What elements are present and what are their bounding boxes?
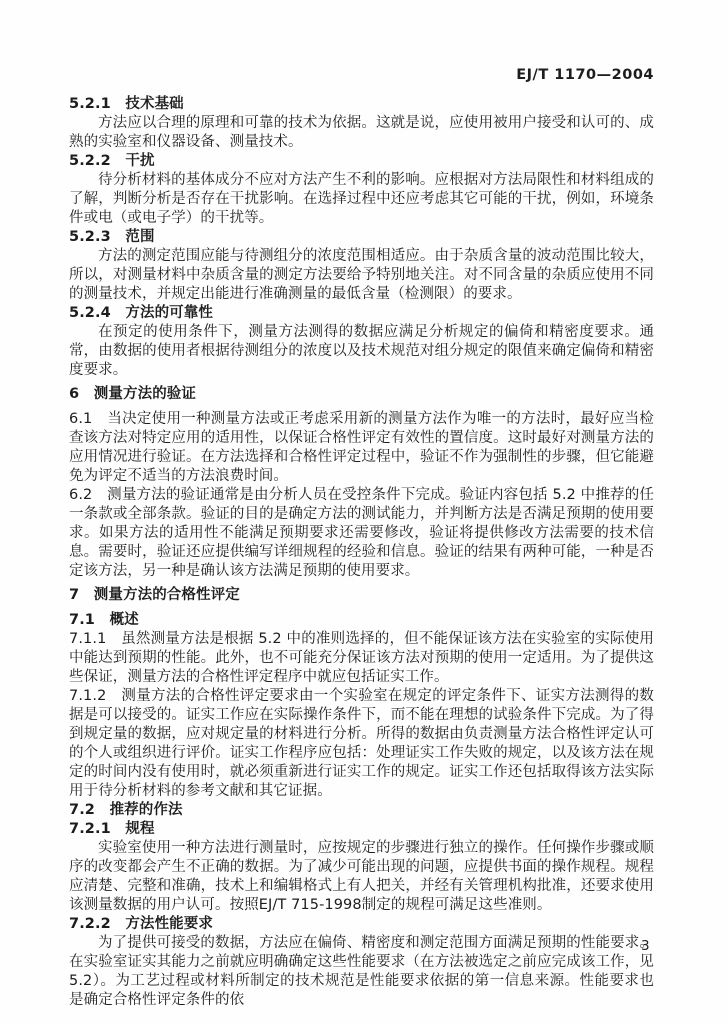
paragraph: 方法应以合理的原理和可靠的技术为依据。这就是说，应使用被用户接受和认可的、成熟的… <box>69 114 654 152</box>
paragraph: 7.1.2 测量方法的合格性评定要求由一个实验室在规定的评定条件下、证实方法测得… <box>69 687 654 801</box>
section-heading: 7.1 概述 <box>69 611 654 630</box>
doc-code: EJ/T 1170—2004 <box>69 67 654 83</box>
section-heading: 6 测量方法的验证 <box>69 385 654 404</box>
paragraph: 为了提供可接受的数据，方法应在偏倚、精密度和测定范围方面满足预期的性能要求。在实… <box>69 934 654 1010</box>
paragraph: 待分析材料的基体成分不应对方法产生不利的影响。应根据对方法局限性和材料组成的了解… <box>69 171 654 228</box>
section-heading: 5.2.4 方法的可靠性 <box>69 304 654 323</box>
section-heading: 5.2.3 范围 <box>69 228 654 247</box>
section-heading: 7.2.1 规程 <box>69 820 654 839</box>
section-heading: 7.2 推荐的作法 <box>69 801 654 820</box>
section-heading: 5.2.1 技术基础 <box>69 95 654 114</box>
section-heading: 5.2.2 干扰 <box>69 152 654 171</box>
paragraph: 在预定的使用条件下，测量方法测得的数据应满足分析规定的偏倚和精密度要求。通常，由… <box>69 323 654 380</box>
section-heading: 7 测量方法的合格性评定 <box>69 586 654 605</box>
paragraph: 实验室使用一种方法进行测量时，应按规定的步骤进行独立的操作。任何操作步骤或顺序的… <box>69 839 654 915</box>
paragraph: 方法的测定范围应能与待测组分的浓度范围相适应。由于杂质含量的波动范围比较大，所以… <box>69 247 654 304</box>
paragraph: 6.1 当决定使用一种测量方法或正考虑采用新的测量方法作为唯一的方法时，最好应当… <box>69 410 654 486</box>
page-number: 3 <box>641 938 650 954</box>
document-page: EJ/T 1170—2004 5.2.1 技术基础方法应以合理的原理和可靠的技术… <box>0 0 728 1024</box>
section-heading: 7.2.2 方法性能要求 <box>69 915 654 934</box>
document-body: 5.2.1 技术基础方法应以合理的原理和可靠的技术为依据。这就是说，应使用被用户… <box>69 95 654 1010</box>
paragraph: 6.2 测量方法的验证通常是由分析人员在受控条件下完成。验证内容包括 5.2 中… <box>69 486 654 581</box>
paragraph: 7.1.1 虽然测量方法是根据 5.2 中的准则选择的，但不能保证该方法在实验室… <box>69 630 654 687</box>
